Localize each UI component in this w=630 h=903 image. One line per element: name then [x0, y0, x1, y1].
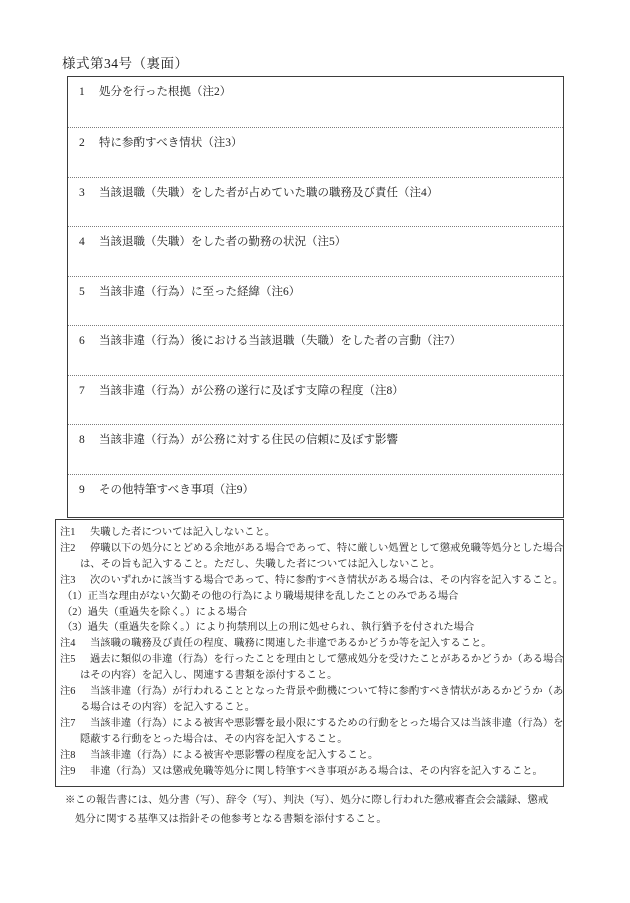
- note-label: 注7: [60, 716, 90, 732]
- note-5: 注5過去に類似の非違（行為）を行ったことを理由として懲戒処分を受けたことがあるか…: [60, 652, 559, 668]
- note-7-continued: 隠蔽する行動をとった場合は、その内容を記入すること。: [60, 732, 559, 748]
- note-1: 注1失職した者については記入しないこと。: [60, 525, 559, 541]
- item-label: その他特筆すべき事項（注9）: [99, 484, 254, 496]
- item-row-7: 7当該非違（行為）が公務の遂行に及ぼす支障の程度（注8）: [68, 376, 563, 426]
- note-6-continued: る場合はその内容）を記入すること。: [60, 700, 559, 716]
- item-label: 当該退職（失職）をした者が占めていた職の職務及び責任（注4）: [99, 187, 438, 199]
- item-row-9: 9その他特筆すべき事項（注9）: [68, 475, 563, 497]
- note-4: 注4当該職の職務及び責任の程度、職務に関連した非違であるかどうか等を記入すること…: [60, 636, 559, 652]
- attachment-note-line-2: 処分に関する基準又は指針その他参考となる書類を添付すること。: [65, 810, 548, 829]
- note-text: 過去に類似の非違（行為）を行ったことを理由として懲戒処分を受けたことがあるかどう…: [90, 654, 564, 665]
- note-label: 注1: [60, 525, 90, 541]
- note-text: 当該非違（行為）が行われることとなった背景や動機について特に参酌すべき情状がある…: [90, 686, 563, 697]
- note-label: 注4: [60, 636, 90, 652]
- item-label: 当該非違（行為）が公務の遂行に及ぼす支障の程度（注8）: [99, 385, 404, 397]
- note-text: 当該職の職務及び責任の程度、職務に関連した非違であるかどうか等を記入すること。: [90, 638, 492, 649]
- item-row-4: 4当該退職（失職）をした者の勤務の状況（注5）: [68, 227, 563, 277]
- item-row-1: 1処分を行った根拠（注2）: [68, 77, 563, 128]
- item-number: 2: [79, 137, 99, 149]
- note-3-subitem-3: （3）過失（重過失を除く。）により拘禁刑以上の刑に処せられ、執行猶予を付された場…: [60, 620, 559, 636]
- item-row-3: 3当該退職（失職）をした者が占めていた職の職務及び責任（注4）: [68, 178, 563, 228]
- note-label: 注5: [60, 652, 90, 668]
- item-label: 当該非違（行為）に至った経緯（注6）: [99, 286, 300, 298]
- item-label: 当該非違（行為）が公務に対する住民の信頼に及ぼす影響: [99, 434, 398, 446]
- note-label: 注3: [60, 573, 90, 589]
- item-number: 5: [79, 286, 99, 298]
- item-number: 3: [79, 187, 99, 199]
- form-title: 様式第34号（裏面）: [62, 52, 189, 72]
- item-number: 4: [79, 236, 99, 248]
- note-6: 注6当該非違（行為）が行われることとなった背景や動機について特に参酌すべき情状が…: [60, 684, 559, 700]
- note-5-continued: はその内容）を記入し、関連する書類を添付すること。: [60, 668, 559, 684]
- note-label: 注9: [60, 764, 90, 780]
- item-label: 処分を行った根拠（注2）: [99, 86, 231, 98]
- item-row-5: 5当該非違（行為）に至った経緯（注6）: [68, 277, 563, 327]
- item-number: 7: [79, 385, 99, 397]
- item-number: 8: [79, 434, 99, 446]
- notes-section: 注1失職した者については記入しないこと。 注2停職以下の処分にとどめる余地がある…: [55, 519, 564, 787]
- note-8: 注8当該非違（行為）による被害や悪影響の程度を記入すること。: [60, 748, 559, 764]
- item-number: 9: [79, 484, 99, 496]
- note-7: 注7当該非違（行為）による被害や悪影響を最小限にするための行動をとった場合又は当…: [60, 716, 559, 732]
- note-2-continued: は、その旨も記入すること。ただし、失職した者については記入しないこと。: [60, 557, 559, 573]
- note-3-subitem-2: （2）過失（重過失を除く。）による場合: [60, 605, 559, 621]
- note-9: 注9非違（行為）又は懲戒免職等処分に関し特筆すべき事項がある場合は、その内容を記…: [60, 764, 559, 780]
- note-text: 停職以下の処分にとどめる余地がある場合であって、特に厳しい処置として懲戒免職等処…: [90, 543, 563, 554]
- note-text: 当該非違（行為）による被害や悪影響を最小限にするための行動をとった場合又は当該非…: [90, 718, 563, 729]
- note-3: 注3次のいずれかに該当する場合であって、特に参酌すべき情状がある場合は、その内容…: [60, 573, 559, 589]
- note-text: 非違（行為）又は懲戒免職等処分に関し特筆すべき事項がある場合は、その内容を記入す…: [90, 766, 543, 777]
- item-number: 6: [79, 335, 99, 347]
- item-row-6: 6当該非違（行為）後における当該退職（失職）をした者の言動（注7）: [68, 326, 563, 376]
- attachment-note: ※この報告書には、処分書（写）、辞令（写）、判決（写）、処分に際し行われた懲戒審…: [65, 791, 548, 829]
- note-text: 次のいずれかに該当する場合であって、特に参酌すべき情状がある場合は、その内容を記…: [90, 575, 563, 586]
- note-label: 注2: [60, 541, 90, 557]
- item-number: 1: [79, 86, 99, 98]
- item-row-2: 2特に参酌すべき情状（注3）: [68, 128, 563, 178]
- items-table: 1処分を行った根拠（注2） 2特に参酌すべき情状（注3） 3当該退職（失職）をし…: [67, 76, 564, 518]
- item-label: 当該非違（行為）後における当該退職（失職）をした者の言動（注7）: [99, 335, 461, 347]
- item-label: 当該退職（失職）をした者の勤務の状況（注5）: [99, 236, 346, 248]
- note-text: 失職した者については記入しないこと。: [90, 527, 275, 538]
- note-text: 当該非違（行為）による被害や悪影響の程度を記入すること。: [90, 750, 378, 761]
- attachment-note-line-1: ※この報告書には、処分書（写）、辞令（写）、判決（写）、処分に際し行われた懲戒審…: [65, 791, 548, 810]
- item-label: 特に参酌すべき情状（注3）: [99, 137, 243, 149]
- note-label: 注6: [60, 684, 90, 700]
- note-3-subitem-1: （1）正当な理由がない欠勤その他の行為により職場規律を乱したことのみである場合: [60, 589, 559, 605]
- note-2: 注2停職以下の処分にとどめる余地がある場合であって、特に厳しい処置として懲戒免職…: [60, 541, 559, 557]
- item-row-8: 8当該非違（行為）が公務に対する住民の信頼に及ぼす影響: [68, 425, 563, 475]
- note-label: 注8: [60, 748, 90, 764]
